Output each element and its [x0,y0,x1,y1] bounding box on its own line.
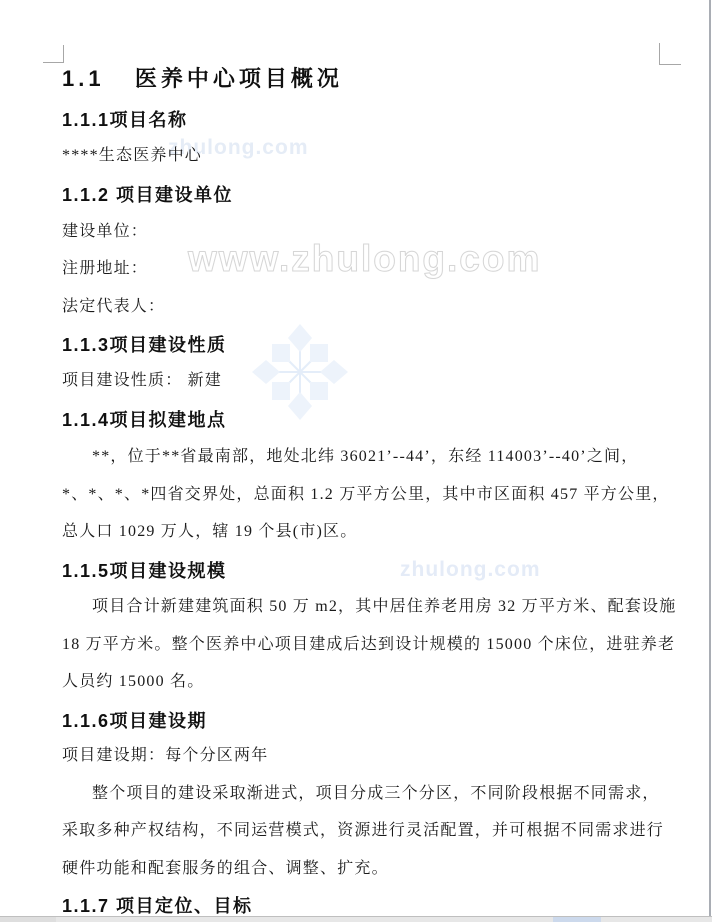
body-line: ****生态医养中心 [62,147,202,165]
body-line: 项目建设性质： 新建 [62,372,222,390]
body-line: 整个项目的建设采取渐进式，项目分成三个分区，不同阶段根据不同需求， [92,785,660,803]
document-page: zhulong.com www.zhulong.com zhulong.com … [0,0,712,922]
section-heading-1-1-3: 1.1.3项目建设性质 [62,335,227,356]
body-line: 项目合计新建建筑面积 50 万 m2，其中居住养老用房 32 万平方米、配套设施 [92,598,676,616]
body-line: *、*、*、*四省交界处，总面积 1.2 万平方公里，其中市区面积 457 平方… [62,486,670,504]
body-line: 采取多种产权结构，不同运营模式，资源进行灵活配置，并可根据不同需求进行 [62,822,664,840]
text-boundary-mark-top-left [43,45,64,63]
scrollbar-left-segment[interactable] [0,917,56,922]
text-boundary-mark-top-right [659,43,681,65]
watermark-zhulong-text-middle: zhulong.com [400,558,541,582]
body-line: **，位于**省最南部，地处北纬 36021’--44’，东经 114003’-… [92,448,638,466]
heading-1-1: 1.1 医养中心项目概况 [62,66,343,91]
snowflake-logo-icon [248,322,352,422]
body-line: 法定代表人： [62,298,165,316]
body-line: 人员约 15000 名。 [62,673,204,691]
body-line: 硬件功能和配套服务的组合、调整、扩充。 [62,860,389,878]
section-heading-1-1-4: 1.1.4项目拟建地点 [62,410,227,431]
body-line: 项目建设期：每个分区两年 [62,747,268,765]
body-line: 18 万平方米。整个医养中心项目建成后达到设计规模的 15000 个床位，进驻养… [62,636,675,654]
section-heading-1-1-1: 1.1.1项目名称 [62,110,188,131]
body-line: 建设单位： [62,223,148,241]
section-heading-1-1-2: 1.1.2 项目建设单位 [62,185,233,206]
page-right-border [709,0,711,922]
body-line: 注册地址： [62,260,148,278]
horizontal-scrollbar[interactable] [0,916,712,922]
body-line: 总人口 1029 万人，辖 19 个县(市)区。 [62,523,357,541]
section-heading-1-1-6: 1.1.6项目建设期 [62,711,207,732]
watermark-zhulong-url-outline: www.zhulong.com [188,238,541,280]
scrollbar-thumb[interactable] [553,917,601,922]
section-heading-1-1-7: 1.1.7 项目定位、目标 [62,896,253,917]
section-heading-1-1-5: 1.1.5项目建设规模 [62,561,227,582]
